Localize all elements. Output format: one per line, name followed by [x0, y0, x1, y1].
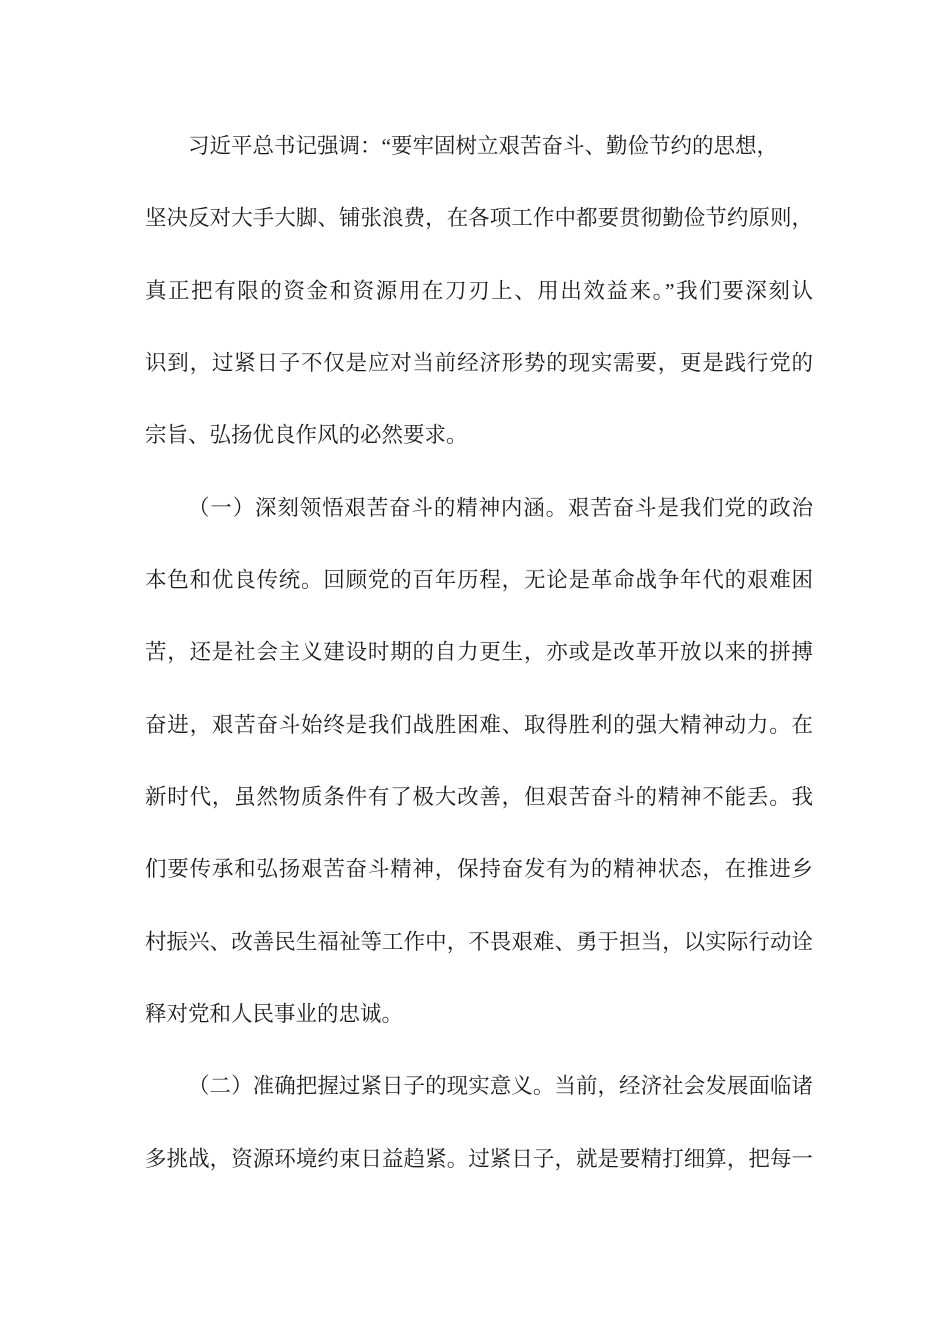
text-line: 多挑战，资源环境约束日益趋紧。过紧日子，就是要精打细算，把每一 [145, 1123, 813, 1195]
text-line: （一）深刻领悟艰苦奋斗的精神内涵。艰苦奋斗是我们党的政治 [145, 472, 813, 544]
text-line: 苦，还是社会主义建设时期的自力更生，亦或是改革开放以来的拼搏 [145, 616, 813, 688]
text-line: 坚决反对大手大脚、铺张浪费，在各项工作中都要贯彻勤俭节约原则， [145, 182, 813, 254]
text-line: 村振兴、改善民生福祉等工作中，不畏艰难、勇于担当，以实际行动诠 [145, 906, 813, 978]
text-line: 真正把有限的资金和资源用在刀刃上、用出效益来。”我们要深刻认 [145, 255, 813, 327]
text-line: 奋进，艰苦奋斗始终是我们战胜困难、取得胜利的强大精神动力。在 [145, 689, 813, 761]
text-line: 们要传承和弘扬艰苦奋斗精神，保持奋发有为的精神状态，在推进乡 [145, 833, 813, 905]
para-section-2: （二）准确把握过紧日子的现实意义。当前，经济社会发展面临诸多挑战，资源环境约束日… [145, 1050, 813, 1195]
text-line: 识到，过紧日子不仅是应对当前经济形势的现实需要，更是践行党的 [145, 327, 813, 399]
text-line: 释对党和人民事业的忠诚。 [145, 978, 813, 1050]
text-line: （二）准确把握过紧日子的现实意义。当前，经济社会发展面临诸 [145, 1050, 813, 1122]
text-line: 宗旨、弘扬优良作风的必然要求。 [145, 399, 813, 471]
text-line: 习近平总书记强调：“要牢固树立艰苦奋斗、勤俭节约的思想， [145, 110, 813, 182]
text-line: 新时代，虽然物质条件有了极大改善，但艰苦奋斗的精神不能丢。我 [145, 761, 813, 833]
text-line: 本色和优良传统。回顾党的百年历程，无论是革命战争年代的艰难困 [145, 544, 813, 616]
para-section-1: （一）深刻领悟艰苦奋斗的精神内涵。艰苦奋斗是我们党的政治本色和优良传统。回顾党的… [145, 472, 813, 1051]
document-page: 习近平总书记强调：“要牢固树立艰苦奋斗、勤俭节约的思想，坚决反对大手大脚、铺张浪… [0, 0, 950, 1344]
para-quote: 习近平总书记强调：“要牢固树立艰苦奋斗、勤俭节约的思想，坚决反对大手大脚、铺张浪… [145, 110, 813, 472]
text-block: 习近平总书记强调：“要牢固树立艰苦奋斗、勤俭节约的思想，坚决反对大手大脚、铺张浪… [145, 110, 813, 1195]
